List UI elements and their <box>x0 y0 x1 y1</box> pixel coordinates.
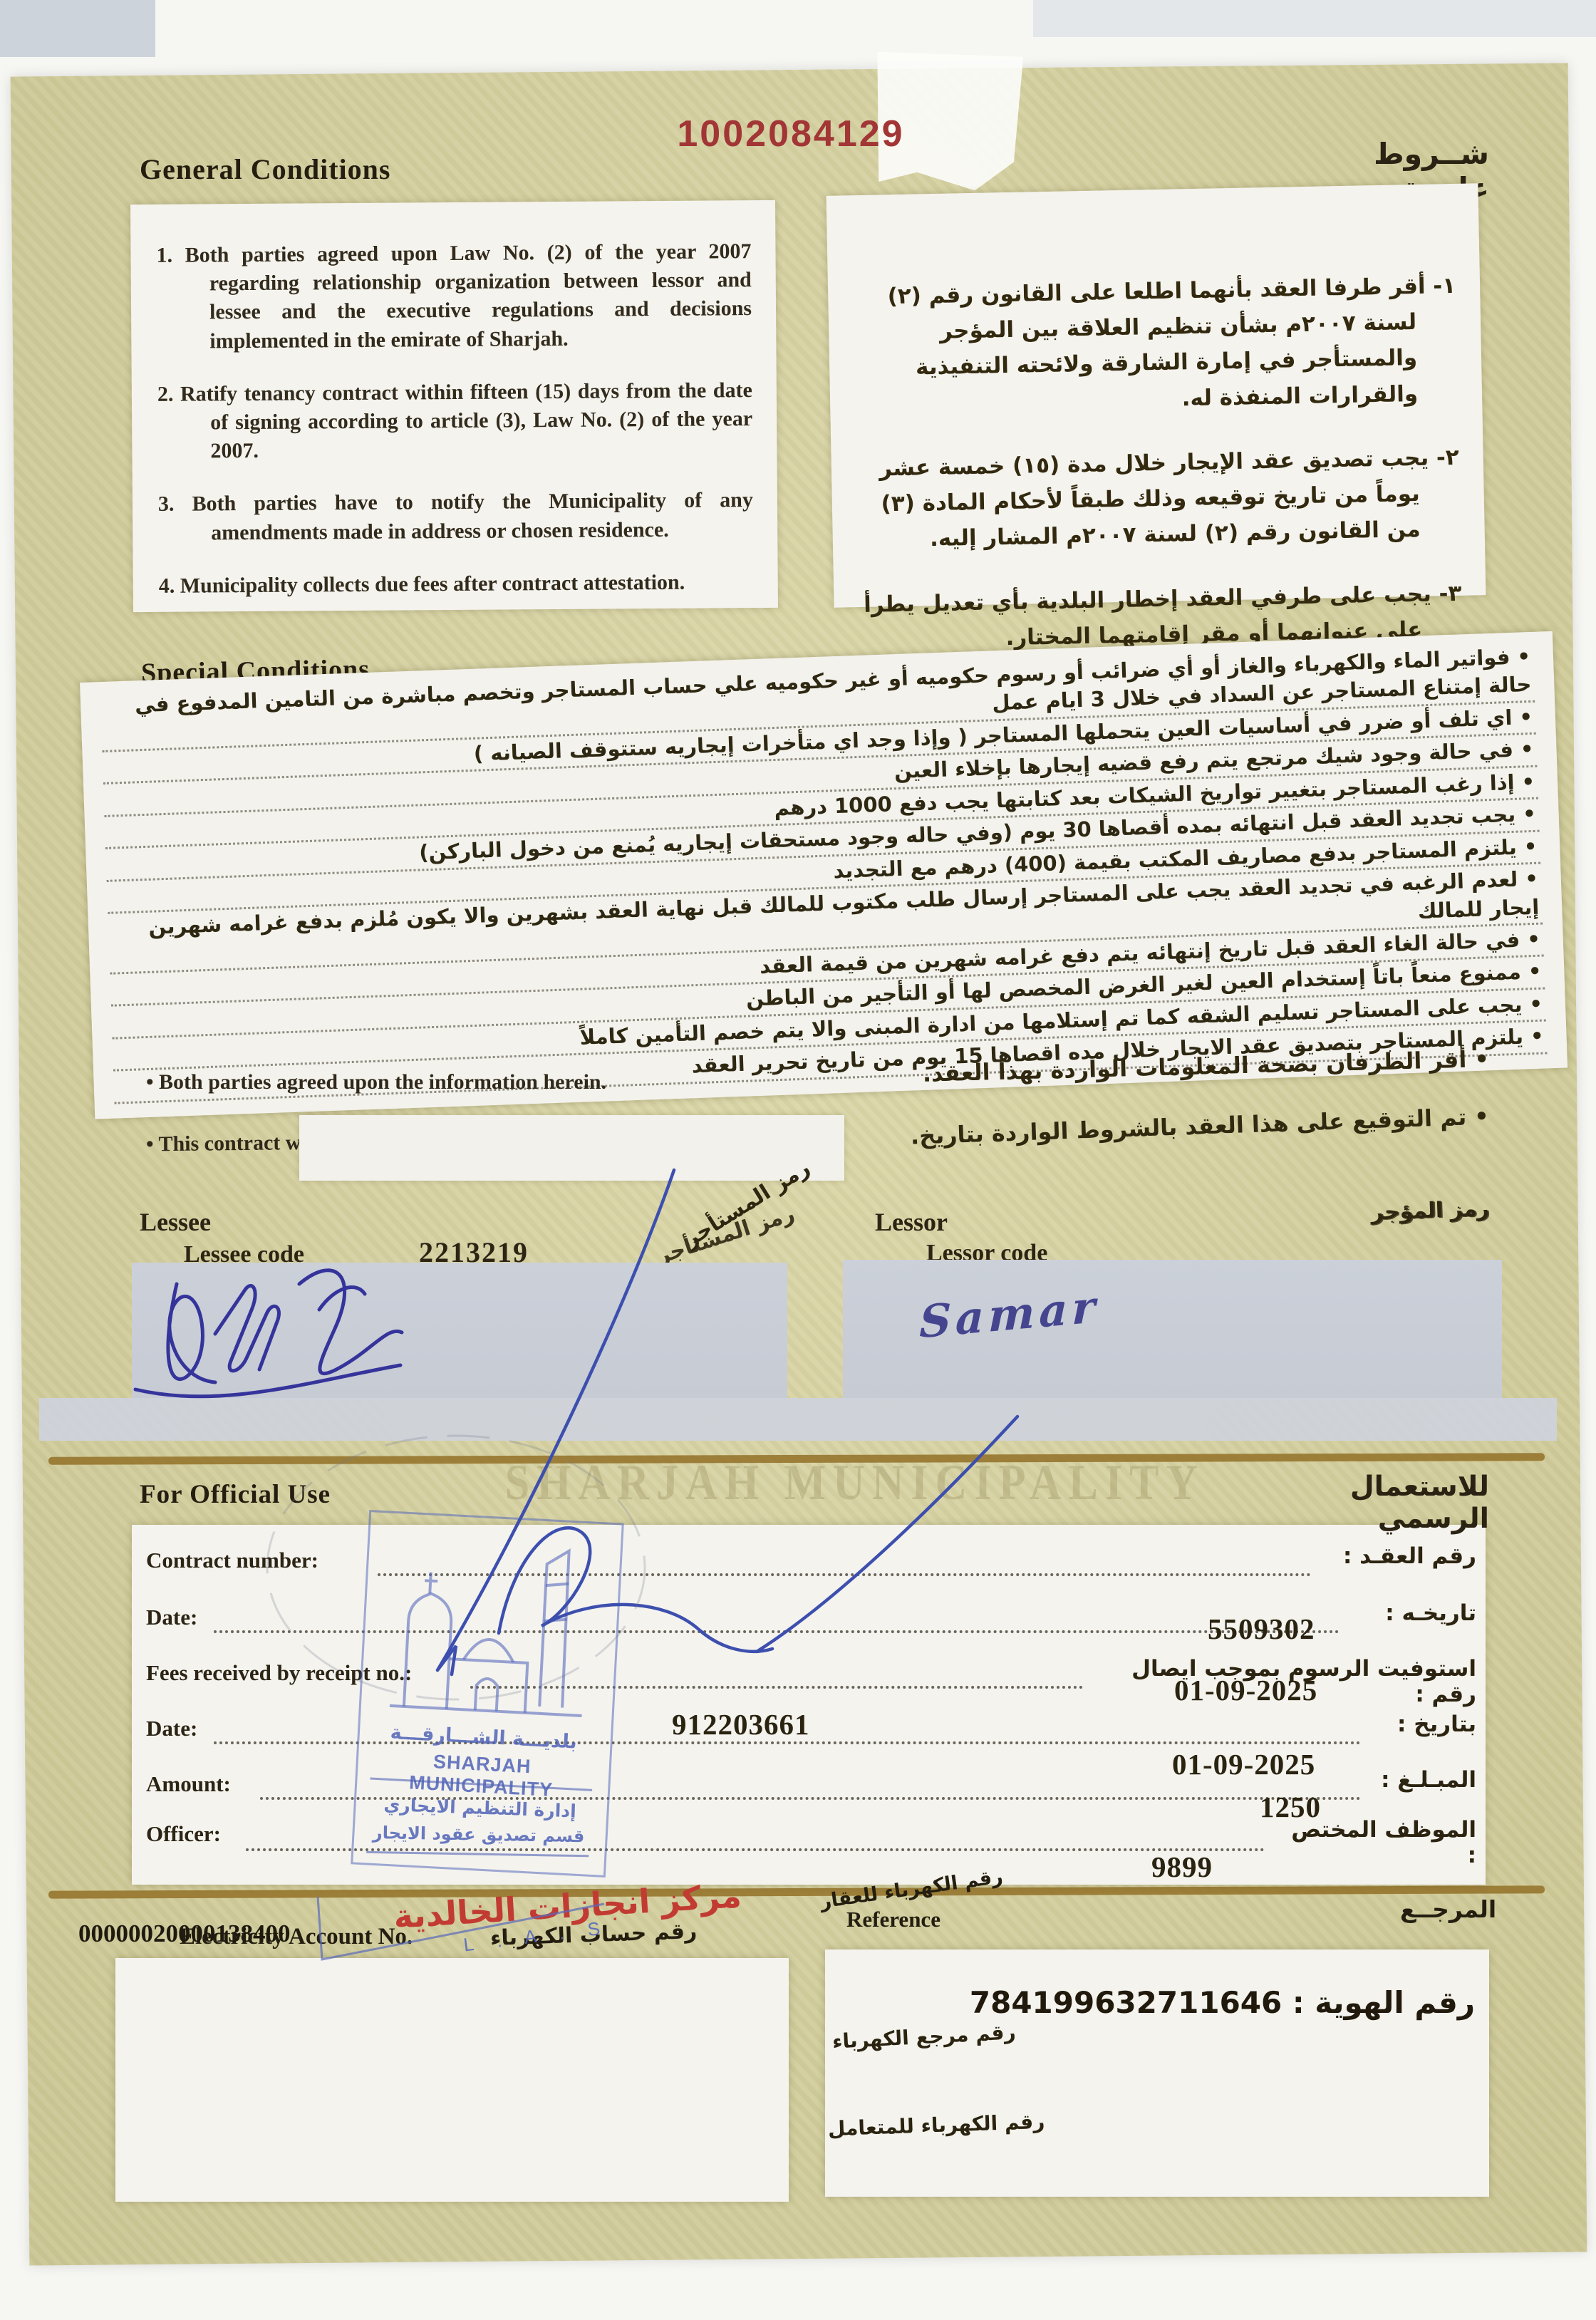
scanned-tenancy-contract-page: 1002084129 General Conditions شــروط عام… <box>0 0 1596 2320</box>
stamp-corner-line <box>318 1897 604 1959</box>
officer-pen-strokes <box>437 1170 1017 1674</box>
handwritten-ink-overlay <box>0 0 1596 2320</box>
lessee-signature <box>135 1270 402 1397</box>
